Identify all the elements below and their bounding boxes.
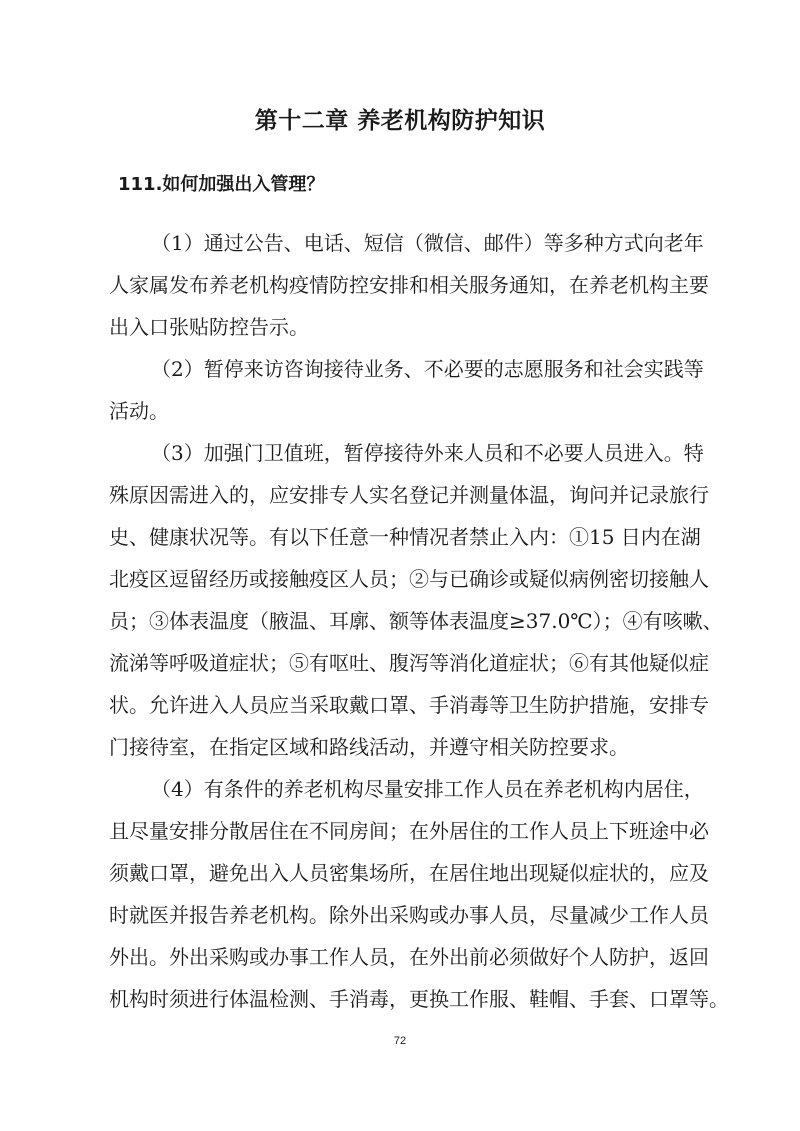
paragraph-1-line: 人家属发布养老机构疫情防控安排和相关服务通知，在养老机构主要 <box>109 271 693 299</box>
paragraph-4-line: 须戴口罩，避免出入人员密集场所，在居住地出现疑似症状的，应及 <box>109 859 693 887</box>
paragraph-3-line: 门接待室，在指定区域和路线活动，并遵守相关防控要求。 <box>109 733 693 761</box>
document-page: 第十二章 养老机构防护知识 111.如何加强出入管理？ （1）通过公告、电话、短… <box>0 0 800 1131</box>
paragraph-3-line: 殊原因需进入的，应安排专人实名登记并测量体温，询问并记录旅行 <box>109 481 693 509</box>
paragraph-4-line: （4）有条件的养老机构尽量安排工作人员在养老机构内居住， <box>151 775 693 803</box>
paragraph-1-line: 出入口张贴防控告示。 <box>109 313 693 341</box>
paragraph-3-line: 员；③体表温度（腋温、耳廓、额等体表温度≥37.0℃）；④有咳嗽、 <box>109 607 693 635</box>
paragraph-3-line: （3）加强门卫值班，暂停接待外来人员和不必要人员进入。特 <box>151 439 693 467</box>
paragraph-3-line: 流涕等呼吸道症状；⑤有呕吐、腹泻等消化道症状；⑥有其他疑似症 <box>109 649 693 677</box>
chapter-title: 第十二章 养老机构防护知识 <box>0 106 800 136</box>
paragraph-2-line: 活动。 <box>109 397 693 425</box>
paragraph-4-line: 且尽量安排分散居住在不同房间；在外居住的工作人员上下班途中必 <box>109 817 693 845</box>
paragraph-3-line: 北疫区逗留经历或接触疫区人员；②与已确诊或疑似病例密切接触人 <box>109 565 693 593</box>
paragraph-4-line: 外出。外出采购或办事工作人员，在外出前必须做好个人防护，返回 <box>109 943 693 971</box>
paragraph-4-line: 时就医并报告养老机构。除外出采购或办事人员，尽量减少工作人员 <box>109 901 693 929</box>
question-heading: 111.如何加强出入管理？ <box>118 172 324 198</box>
paragraph-1-line: （1）通过公告、电话、短信（微信、邮件）等多种方式向老年 <box>151 229 693 257</box>
page-number: 72 <box>0 1034 800 1048</box>
paragraph-2-line: （2）暂停来访咨询接待业务、不必要的志愿服务和社会实践等 <box>151 355 693 383</box>
paragraph-3-line: 史、健康状况等。有以下任意一种情况者禁止入内：①15 日内在湖 <box>109 523 693 551</box>
paragraph-3-line: 状。允许进入人员应当采取戴口罩、手消毒等卫生防护措施，安排专 <box>109 691 693 719</box>
paragraph-4-line: 机构时须进行体温检测、手消毒，更换工作服、鞋帽、手套、口罩等。 <box>109 985 693 1013</box>
